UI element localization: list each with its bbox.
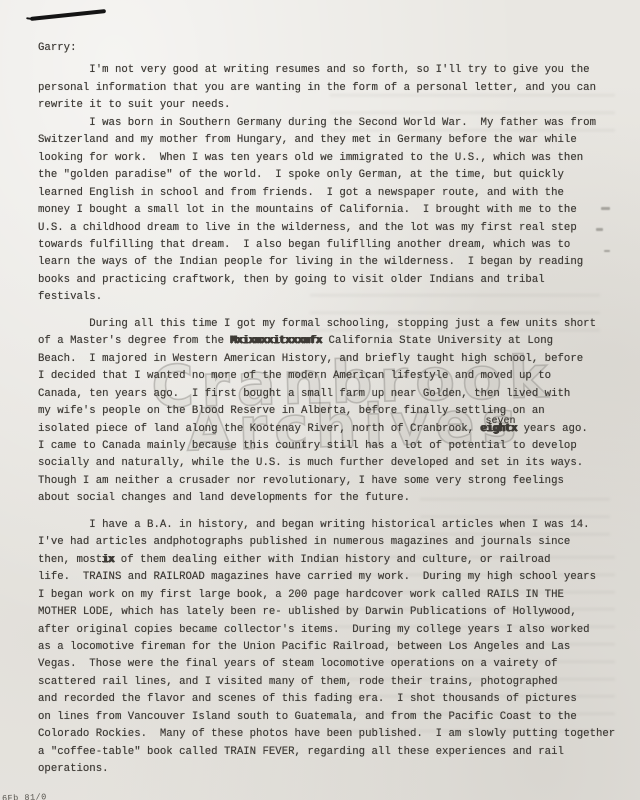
struck-out-text: Mxixmxxitxxxmfx [230,335,322,347]
typed-line: I came to Canada mainly because this cou… [38,438,615,455]
typed-line: on lines from Vancouver Island south to … [38,709,615,726]
typed-line: operations. [38,761,615,778]
typed-line: Vegas. Those were the final years of ste… [38,656,615,673]
typed-line: after original copies became collector's… [38,622,615,639]
typed-line: a "coffee-table" book called TRAIN FEVER… [38,744,615,761]
paragraph: I have a B.A. in history, and began writ… [38,517,615,779]
typed-line: isolated piece of land along the Kootena… [38,421,615,438]
typed-line: I was born in Southern Germany during th… [38,115,615,132]
typed-line: rewrite it to suit your needs. [38,97,615,114]
typed-line: the "golden paradise" of the world. I sp… [38,167,615,184]
typed-line: I have a B.A. in history, and began writ… [38,517,615,534]
typed-line: of a Master's degree from the Mxixmxxitx… [38,333,615,350]
typed-line: scattered rail lines, and I visited many… [38,674,615,691]
typed-line: I began work on my first large book, a 2… [38,587,615,604]
typed-line: I'm not very good at writing resumes and… [38,62,615,79]
typed-line: Beach. I majored in Western American His… [38,351,615,368]
paragraph: I'm not very good at writing resumes and… [38,62,615,114]
typed-line: my wife's people on the Blood Reserve in… [38,403,615,420]
typed-line: During all this time I got my formal sch… [38,316,615,333]
pen-mark [30,9,106,20]
typed-line: as a locomotive fireman for the Union Pa… [38,639,615,656]
typed-line: Though I am neither a crusader nor revol… [38,473,615,490]
typed-line: and recorded the flavor and scenes of th… [38,691,615,708]
typed-line: towards fulfilling that dream. I also be… [38,237,615,254]
paragraph: I was born in Southern Germany during th… [38,115,615,307]
typed-line: socially and naturally, while the U.S. i… [38,455,615,472]
typed-line: money I bought a small lot in the mounta… [38,202,615,219]
letter-body: Garry: I'm not very good at writing resu… [38,40,615,779]
typed-line: learn the ways of the Indian people for … [38,254,615,271]
typed-line: books and practicing craftwork, then by … [38,272,615,289]
typed-line: I've had articles andphotographs publish… [38,534,615,551]
typed-line: festivals. [38,289,615,306]
typed-line: U.S. a childhood dream to live in the wi… [38,220,615,237]
letter-page: Cranbrook Archives Garry: I'm not very g… [0,0,640,800]
typed-line: Canada, ten years ago. I first bought a … [38,386,615,403]
typed-line: then, mostix of them dealing either with… [38,552,615,569]
typed-line: about social changes and land developmen… [38,490,615,507]
typed-line: looking for work. When I was ten years o… [38,150,615,167]
typed-line: MOTHER LODE, which has lately been re- u… [38,604,615,621]
struck-out-text: ix [102,554,114,566]
typed-line: Colorado Rockies. Many of these photos h… [38,726,615,743]
typed-line: life. TRAINS and RAILROAD magazines have… [38,569,615,586]
typed-line: learned English in school and from frien… [38,185,615,202]
typed-line: I decided that I wanted no more of the m… [38,368,615,385]
typed-line: personal information that you are wantin… [38,80,615,97]
archive-code: 6Fb 81/0 [2,792,47,800]
typed-line: Switzerland and my mother from Hungary, … [38,132,615,149]
salutation: Garry: [38,40,615,57]
paragraph: During all this time I got my formal sch… [38,316,615,508]
overtyped-correction: seveneightx [481,421,518,438]
